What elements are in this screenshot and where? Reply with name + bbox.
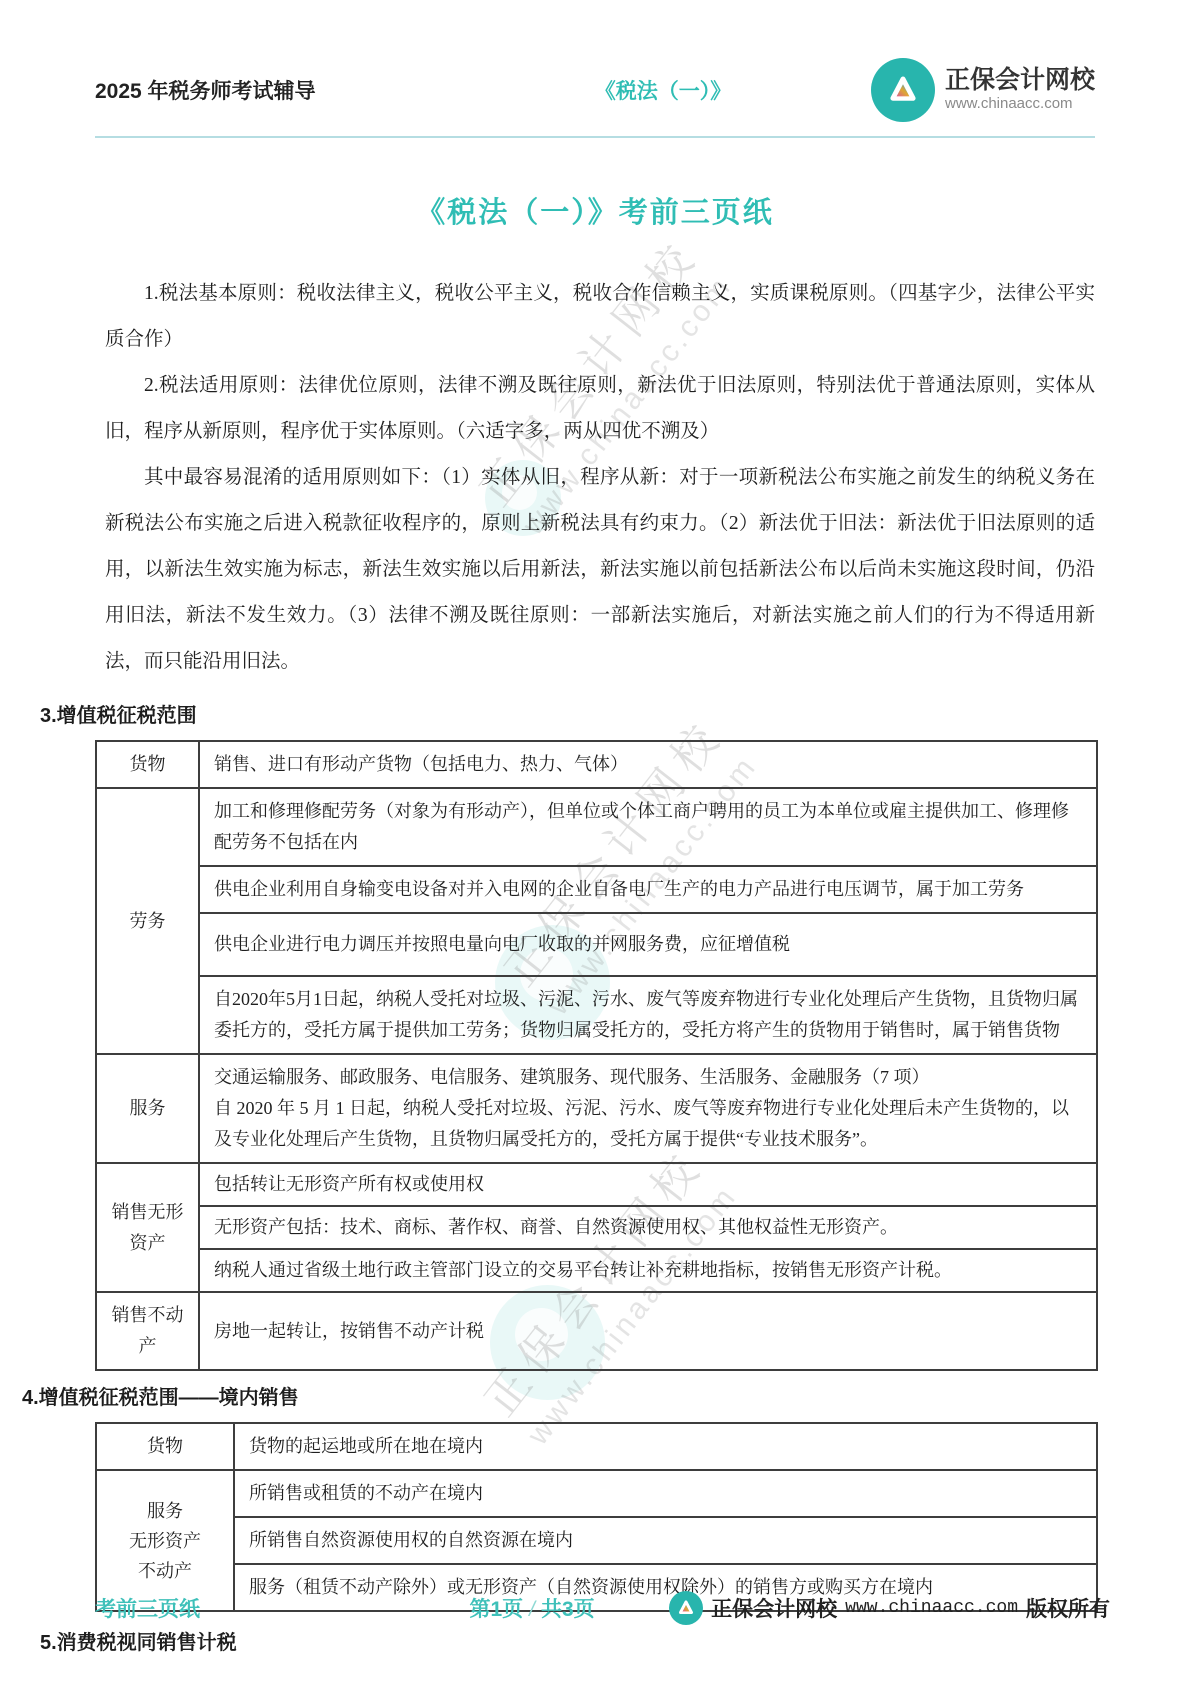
subject-title: 《税法（一）》 — [455, 75, 871, 105]
table-row: 纳税人通过省级土地行政主管部门设立的交易平台转让补充耕地指标，按销售无形资产计税… — [96, 1249, 1097, 1292]
row-label-service: 服务 — [96, 1054, 199, 1163]
row-label-goods: 货物 — [96, 741, 199, 788]
cell-intangible-1: 包括转让无形资产所有权或使用权 — [199, 1163, 1097, 1206]
row-label-realty: 销售不动产 — [96, 1292, 199, 1370]
brand-text-block: 正保会计网校 www.chinaacc.com — [945, 67, 1095, 113]
table-row: 自2020年5月1日起，纳税人受托对垃圾、污泥、污水、废气等废弃物进行专业化处理… — [96, 976, 1097, 1054]
cell-labor-2: 供电企业利用自身输变电设备对并入电网的企业自备电厂生产的电力产品进行电压调节，属… — [199, 866, 1097, 913]
brand-logo-icon — [871, 58, 935, 122]
cell-intangible-2: 无形资产包括：技术、商标、著作权、商誉、自然资源使用权、其他权益性无形资产。 — [199, 1206, 1097, 1249]
row-label-service-intangible-realty: 服务 无形资产 不动产 — [96, 1470, 234, 1611]
vat-scope-table: 货物 销售、进口有形动产货物（包括电力、热力、气体） 劳务 加工和修理修配劳务（… — [95, 740, 1098, 1371]
paragraph-confusing-principles: 其中最容易混淆的适用原则如下：（1）实体从旧，程序从新：对于一项新税法公布实施之… — [105, 455, 1095, 685]
footer-current-page: 第1页 — [469, 1598, 523, 1621]
table-row: 所销售自然资源使用权的自然资源在境内 — [96, 1517, 1097, 1564]
brand-logo-block: 正保会计网校 www.chinaacc.com — [871, 58, 1095, 122]
footer-total-pages: 共3页 — [541, 1598, 595, 1621]
domestic-sales-table: 货物 货物的起运地或所在地在境内 服务 无形资产 不动产 所销售或租赁的不动产在… — [95, 1422, 1098, 1612]
table-row: 劳务 加工和修理修配劳务（对象为有形动产），但单位或个体工商户聘用的员工为本单位… — [96, 788, 1097, 866]
triangle-logo-icon — [674, 1596, 698, 1620]
section-heading-consumption-tax: 5.消费税视同销售计税 — [40, 1626, 1190, 1655]
footer-brand-name: 正保会计网校 — [711, 1593, 837, 1623]
cell-labor-4: 自2020年5月1日起，纳税人受托对垃圾、污泥、污水、废气等废弃物进行专业化处理… — [199, 976, 1097, 1054]
group-label-realty: 不动产 — [103, 1556, 227, 1586]
section-heading-vat-scope: 3.增值税征税范围 — [40, 699, 1190, 728]
group-label-intangible: 无形资产 — [103, 1526, 227, 1556]
table-row: 服务 无形资产 不动产 所销售或租赁的不动产在境内 — [96, 1470, 1097, 1517]
brand-site: www.chinaacc.com — [945, 95, 1095, 113]
table-row: 销售无形资产 包括转让无形资产所有权或使用权 — [96, 1163, 1097, 1206]
footer-brand-site: www.chinaacc.com — [845, 1598, 1018, 1618]
page-title: 《税法（一）》考前三页纸 — [0, 190, 1190, 231]
triangle-logo-icon — [881, 68, 925, 112]
footer-doc-name: 考前三页纸 — [95, 1593, 395, 1623]
page-content: 2025 年税务师考试辅导 《税法（一）》 正保会计网校 — [0, 58, 1190, 1655]
footer-brand-block: 正保会计网校 www.chinaacc.com 版权所有 — [669, 1591, 1110, 1625]
table-row: 无形资产包括：技术、商标、著作权、商誉、自然资源使用权、其他权益性无形资产。 — [96, 1206, 1097, 1249]
table-row: 销售不动产 房地一起转让，按销售不动产计税 — [96, 1292, 1097, 1370]
footer-copyright: 版权所有 — [1026, 1593, 1110, 1623]
brand-name: 正保会计网校 — [945, 67, 1095, 95]
body-text: 1.税法基本原则：税收法律主义，税收公平主义，税收合作信赖主义，实质课税原则。（… — [105, 271, 1095, 685]
cell-service: 交通运输服务、邮政服务、电信服务、建筑服务、现代服务、生活服务、金融服务（7 项… — [199, 1054, 1097, 1163]
course-title: 2025 年税务师考试辅导 — [95, 75, 455, 105]
page-footer: 考前三页纸 第1页/共3页 正保会计网校 www.chinaacc.com 版权… — [95, 1591, 1110, 1625]
document-page: 正保会计网校 www.chinaacc.com 正保会计网校 www.china… — [0, 0, 1190, 1683]
section-heading-domestic-sales: 4.增值税征税范围——境内销售 — [22, 1381, 1190, 1410]
table-row: 货物 销售、进口有形动产货物（包括电力、热力、气体） — [96, 741, 1097, 788]
table-row: 供电企业利用自身输变电设备对并入电网的企业自备电厂生产的电力产品进行电压调节，属… — [96, 866, 1097, 913]
page-header: 2025 年税务师考试辅导 《税法（一）》 正保会计网校 — [95, 58, 1095, 138]
cell-domestic-2: 所销售自然资源使用权的自然资源在境内 — [234, 1517, 1097, 1564]
table-row: 货物 货物的起运地或所在地在境内 — [96, 1423, 1097, 1470]
cell-goods: 销售、进口有形动产货物（包括电力、热力、气体） — [199, 741, 1097, 788]
cell-labor-3: 供电企业进行电力调压并按照电量向电厂收取的并网服务费，应征增值税 — [199, 913, 1097, 976]
row-label-labor: 劳务 — [96, 788, 199, 1054]
footer-brand-logo-icon — [669, 1591, 703, 1625]
paragraph-application-principles: 2.税法适用原则：法律优位原则，法律不溯及既往原则，新法优于旧法原则，特别法优于… — [105, 363, 1095, 455]
row-label-goods: 货物 — [96, 1423, 234, 1470]
footer-page-separator: / — [523, 1598, 541, 1621]
cell-intangible-3: 纳税人通过省级土地行政主管部门设立的交易平台转让补充耕地指标，按销售无形资产计税… — [199, 1249, 1097, 1292]
table-row: 供电企业进行电力调压并按照电量向电厂收取的并网服务费，应征增值税 — [96, 913, 1097, 976]
footer-page-indicator: 第1页/共3页 — [395, 1593, 669, 1623]
paragraph-tax-principles: 1.税法基本原则：税收法律主义，税收公平主义，税收合作信赖主义，实质课税原则。（… — [105, 271, 1095, 363]
cell-goods-domestic: 货物的起运地或所在地在境内 — [234, 1423, 1097, 1470]
cell-domestic-1: 所销售或租赁的不动产在境内 — [234, 1470, 1097, 1517]
table-row: 服务 交通运输服务、邮政服务、电信服务、建筑服务、现代服务、生活服务、金融服务（… — [96, 1054, 1097, 1163]
group-label-service: 服务 — [103, 1496, 227, 1526]
row-label-intangible: 销售无形资产 — [96, 1163, 199, 1292]
cell-realty: 房地一起转让，按销售不动产计税 — [199, 1292, 1097, 1370]
cell-labor-1: 加工和修理修配劳务（对象为有形动产），但单位或个体工商户聘用的员工为本单位或雇主… — [199, 788, 1097, 866]
